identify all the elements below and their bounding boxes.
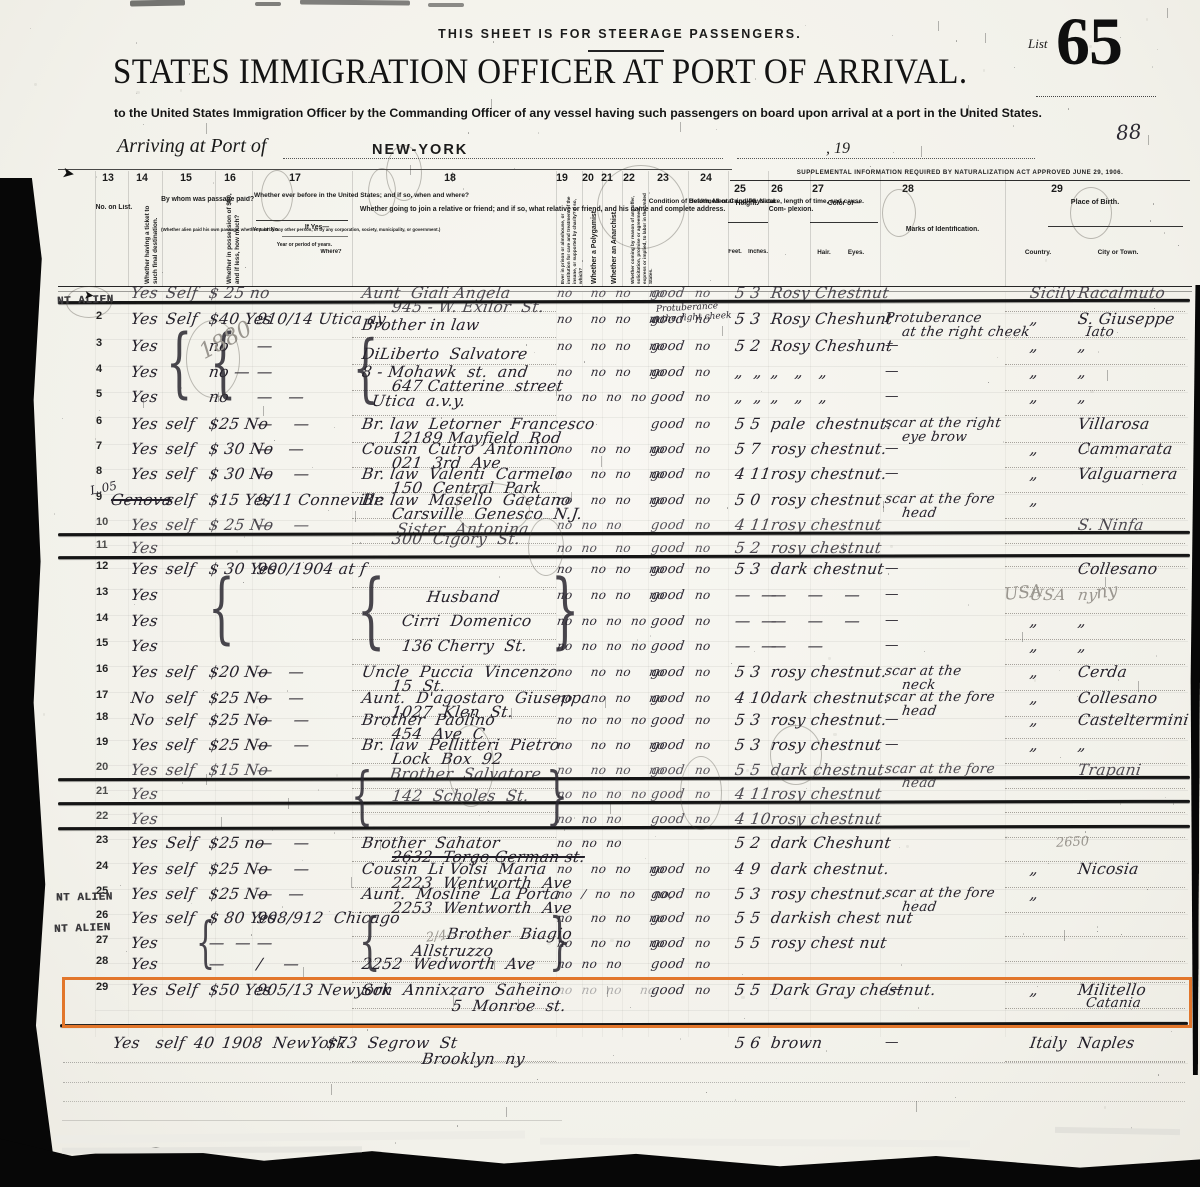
cell-c29a: „ [1029,711,1040,729]
cell-c29b: Collesano [1077,560,1159,578]
hand-brace: } [546,764,568,827]
cell-c29b: Nicosia [1077,860,1140,878]
pencil-circle-mark [770,725,822,785]
cell-no: 28 [96,955,108,967]
cell-c29b: Casteltermini [1077,711,1190,729]
cell-c15: self [165,415,197,433]
row-leader [352,1061,556,1062]
cell-c24: no [694,665,712,679]
hand-brace: { [351,764,373,827]
handwritten-annotation: USA [1003,583,1043,604]
cell-c16: $ 25 no [208,284,271,302]
cell-c25: 5 2 [734,337,762,355]
hand-brace: } [549,910,571,972]
cell-c13: Yes [130,736,159,754]
cell-c2627: rosy chestnut. [770,885,888,903]
cell-c23: good [650,763,686,778]
cell-no: 10 [96,516,108,528]
cell-c29b: „ [1077,637,1088,655]
cell-no: 17 [96,689,108,701]
cell-c13: Yes [130,785,159,803]
cell-c24: no [694,639,712,653]
cell-c15: self [165,465,197,483]
cell-c23: good [650,541,686,556]
cell-c13: Yes [130,934,159,952]
row-leader [1005,1061,1185,1062]
cell-c2627: — — — [770,612,862,630]
cell-c23: good [650,936,686,951]
cell-c1922: no no no [556,541,632,555]
cell-c25: 5 2 [734,834,762,852]
cell-c23: good [650,812,686,827]
hand-brace: { [208,570,235,647]
cell-c29b: „ [1077,612,1088,630]
cell-c25: 5 5 [734,909,762,927]
column-guide [810,171,811,287]
cell-c15: self [165,909,197,927]
cell-c13: Yes [130,337,159,355]
cell-c24: no [694,442,712,456]
cell-c15: self [165,736,197,754]
cell-c2627: dark chestnut. [770,689,891,707]
cell-c29b: „ [1077,363,1088,381]
pencil-circle-mark [456,483,530,535]
cell-c15: Self [165,284,199,302]
cell-c13: Yes [130,586,159,604]
cell-c24: no [694,417,712,431]
column-guide [688,171,689,287]
cell-c24: no [694,911,712,925]
cell-c17: — — [256,860,311,878]
cell-c1922: no no no [556,836,623,850]
hand-brace: { [353,331,379,405]
pencil-circle-mark [1070,187,1112,239]
cell-c23: good [650,286,686,301]
cell-c28a: — [884,388,900,404]
cell-c25: 5 7 [734,440,762,458]
cell-c13: Yes [130,388,159,406]
cell-c13: Yes [130,539,159,557]
cell-c25: 5 3 [734,560,762,578]
cell-c29a: „ [1029,689,1040,707]
cell-c25: 4 9 [734,860,762,878]
cell-no: 16 [96,663,108,675]
cell-c17: — [256,363,274,381]
cell-no: 3 [96,337,102,349]
cell-c13: No [130,689,156,707]
cell-c2627: rosy chestnut [770,491,883,509]
cell-c13: Yes [130,637,159,655]
cell-c17: — — [256,885,306,903]
column-guide [215,171,216,287]
cell-c13: Genova [110,491,173,509]
cell-c13: Yes [130,834,159,852]
cell-c15: self [165,885,197,903]
nt-alien-stamp: NT ALIEN [56,893,113,905]
cell-c23: good [650,518,686,533]
cell-c13: Yes [130,415,159,433]
cell-c28a: scar at the fore [884,761,996,777]
cell-c23: good [650,665,686,680]
cell-c25: 5 6 [734,1034,762,1052]
cell-c13: Yes [130,663,159,681]
cell-c1922: no no no no [556,713,648,727]
cell-c15: self [165,560,197,578]
cell-c17: — [256,761,274,779]
cell-no: 6 [96,415,102,427]
cell-c16: 40 [193,1034,216,1052]
cell-c29a: „ [1029,637,1040,655]
cell-c29b: „ [1077,736,1088,754]
column-guide [768,171,769,287]
cell-c15: self [165,440,197,458]
cell-no: 24 [96,860,108,872]
cell-c13: Yes [130,612,159,630]
cell-c13: Yes [130,310,159,328]
cell-no: 14 [96,612,108,624]
cell-c23: good [650,493,686,508]
cell-c24: no [694,936,712,950]
cell-c23: good [650,639,686,654]
pencil-circle-mark [261,170,293,222]
cell-c28a: scar at the fore [884,491,996,507]
cell-c24: no [694,467,712,481]
cell-c13: Yes [130,284,159,302]
cell-c13: Yes [130,560,159,578]
cell-c23: good [650,588,686,603]
cell-c25: 5 5 [734,934,762,952]
cell-c28a: — [884,637,900,653]
cell-c18a: Uncle Puccia Vincenzo [361,663,559,681]
column-guide [1005,171,1006,287]
cell-no: 27 [96,934,108,946]
cell-c23: good [650,562,686,577]
cell-c29a: „ [1029,612,1040,630]
column-guide [252,171,253,287]
cell-c25: 5 5 [734,415,762,433]
pencil-circle-mark [186,320,240,398]
cell-c29a: „ [1029,465,1040,483]
highlight-box [62,977,1192,1028]
hand-brace: { [196,915,215,970]
cell-c23: good [650,713,686,728]
cell-c29a: „ [1029,363,1040,381]
pencil-circle-mark [680,756,722,830]
cell-c23: good [650,417,686,432]
cell-c17: — — [256,834,311,852]
cell-c17: — [256,337,274,355]
cell-c25: 4 10 [734,689,772,707]
cell-c17: — — [256,415,311,433]
cell-c25: 5 3 [734,885,762,903]
cell-c18a: Utica a.v.y. [371,392,467,410]
handwritten-annotation: ny [1095,582,1119,603]
cell-c23: good [650,691,686,706]
cell-c25: 5 3 [734,310,762,328]
cell-c25: „ „ [734,363,764,381]
cell-c17: — — [256,516,311,534]
cell-c23: good [650,339,686,354]
cell-c29b: „ [1077,388,1088,406]
cell-c24: no [694,562,712,576]
column-guide [880,171,881,287]
cell-c13: Yes [130,810,159,828]
cell-no: 26 [96,909,108,921]
column-guide [128,171,129,287]
cell-no: 11 [96,539,108,551]
cell-c1922: no no no no [556,787,648,801]
cell-c24: no [694,493,712,507]
cell-c18a: DiLiberto Salvatore [361,345,529,363]
cell-c28a: — [884,440,900,456]
cell-c2627: dark chestnut. [770,860,891,878]
cell-c24: no [694,286,712,300]
cell-no: 22 [96,810,108,822]
cell-c28a: — [884,711,900,727]
pencil-circle-mark [882,189,916,237]
cell-c13: Yes [130,955,159,973]
cell-no: 18 [96,711,108,723]
cell-c13: Yes [130,909,159,927]
cell-c28a: — [884,612,900,628]
cell-c15: self [165,491,197,509]
cell-c29b: Valguarnera [1077,465,1179,483]
cell-c28a: — [884,1034,900,1050]
cell-c2627: „ „ „ [770,388,829,406]
cell-no: 8 [96,465,102,477]
cell-c28a: — [884,736,900,752]
cell-c29a: „ [1029,736,1040,754]
cell-c29a: „ [1029,440,1040,458]
cell-no: 21 [96,785,108,797]
cell-c25: „ „ [734,388,764,406]
cell-c29a: „ [1029,663,1040,681]
cell-c28a: — [884,363,900,379]
pencil-circle-mark [528,518,564,576]
cell-c13: No [130,711,156,729]
cell-c29a: „ [1029,310,1040,328]
cell-c23: good [650,365,686,380]
cell-c18a: 136 Cherry St. [401,637,529,655]
scanned-manifest-page: { "page": { "banner": "THIS SHEET IS FOR… [0,0,1200,1187]
cell-c29b: Villarosa [1077,415,1151,433]
cell-c24: no [694,390,712,404]
pencil-circle-mark [448,725,494,807]
cell-no: 15 [96,637,108,649]
cell-c15: Self [165,834,199,852]
cell-c25: 4 11 [734,465,772,483]
cell-c24: no [694,887,712,901]
cell-no: 19 [96,736,108,748]
cell-c28a: scar at the fore [884,689,996,705]
cell-c28a: scar at the fore [884,885,996,901]
cell-c2627: rosy chestnut. [770,663,888,681]
cell-c23: good [650,467,686,482]
cell-c15: self [165,663,197,681]
pencil-circle-mark [368,168,396,216]
scan-smudge-2 [255,2,281,6]
cell-c24: no [694,614,712,628]
cell-c15: self [165,711,197,729]
cell-no: 13 [96,586,108,598]
cell-c2627: darkish chest nut [770,909,915,927]
cell-c23: good [650,957,686,972]
cell-c2627: pale chestnut. [770,415,893,433]
cell-c2627: Rosy Cheshunt [770,337,894,355]
row-rule [95,1063,1188,1064]
cell-c25: 5 3 [734,663,762,681]
cell-c23: good [650,614,686,629]
cell-c18a: 2252 Wedworth Ave [361,955,537,973]
handwritten-annotation: 2/4- [425,928,452,944]
cell-c2627: — — — [770,586,862,604]
cell-c24: no [694,862,712,876]
cell-c13: Yes [130,516,159,534]
cell-c15: self [165,516,197,534]
cell-no: 4 [96,363,102,375]
cell-c24: no [694,957,712,971]
cell-c18a: Cirri Domenico [401,612,533,630]
cell-c13: Yes [130,761,159,779]
cell-c23: good [650,390,686,405]
cell-c29b: Cerda [1077,663,1129,681]
cell-c18a: Husband [426,588,501,606]
cell-c29a: „ [1029,337,1040,355]
cell-c24: no [694,339,712,353]
cell-c17: / — [256,955,301,973]
cell-c24: no [694,365,712,379]
hand-brace: { [359,910,381,972]
cell-no: 23 [96,834,108,846]
cell-c2627: brown [770,1034,824,1052]
cell-c23: good [650,442,686,457]
cell-c15: self [165,860,197,878]
cell-c15: self [165,761,197,779]
cell-c2627: rosy chestnut. [770,465,888,483]
pencil-circle-mark [66,286,112,318]
cell-c24: no [694,588,712,602]
scan-smudge-4 [428,3,464,7]
cell-c29a: „ [1029,885,1040,903]
column-guide [162,171,163,287]
cell-c29b: Collesano [1077,689,1159,707]
cell-c23: good [650,862,686,877]
cell-no: 5 [96,388,102,400]
cell-c1922: no no no no [556,390,648,404]
cell-c13: Yes [130,440,159,458]
cell-c2627: „ „ „ [770,363,829,381]
cell-c18b: Brooklyn ny [421,1050,526,1068]
cell-c28a: — [884,337,900,353]
handwritten-annotation: 88 [1115,121,1142,143]
cell-c18a: Brother in law [361,316,481,334]
cell-c15: self [155,1034,187,1052]
cell-c15: self [165,689,197,707]
cell-c25: 5 3 [734,736,762,754]
cell-c17: — — [256,465,311,483]
cell-c17: — [256,934,274,952]
cell-c24: no [694,713,712,727]
hand-brace: } [551,570,580,652]
pencil-circle-mark [597,165,685,249]
cell-c29a: Italy [1029,1034,1068,1052]
cell-c13: Yes [130,885,159,903]
cell-c13: Yes [130,860,159,878]
cell-c2627: rosy chestnut. [770,440,888,458]
cell-c1922: no no no [556,518,623,532]
table-body: YesSelf$ 25 noAunt Giali Angela945 - W. … [0,0,1200,1187]
cell-c24: no [694,518,712,532]
column-guide [728,171,729,287]
cell-c17: — — [256,440,306,458]
cell-c29b: „ [1077,337,1088,355]
cell-c17: — — [256,689,306,707]
cell-c13: Yes [112,1034,141,1052]
cell-c17: 900/1904 at f [256,560,368,578]
cell-c23: good [650,911,686,926]
cell-c13: Yes [130,363,159,381]
cell-c17: — — [256,711,311,729]
handwritten-annotation: 2650 [1056,835,1090,850]
cell-c2627: Rosy Cheshunt [770,310,894,328]
cell-c29b: Cammarata [1077,440,1174,458]
column-guide [556,171,557,287]
column-guide [95,171,96,287]
manifest-paper: THIS SHEET IS FOR STEERAGE PASSENGERS. S… [0,0,1200,1187]
cell-c17: — — [256,736,311,754]
cell-c29a: „ [1029,491,1040,509]
cell-c25: 5 3 [734,711,762,729]
cell-c29a: „ [1029,860,1040,878]
column-guide [352,171,353,287]
cell-no: 12 [96,560,108,572]
cell-c17: — — [256,388,306,406]
nt-alien-stamp: NT ALIEN [54,923,111,936]
cell-c13: Yes [130,465,159,483]
cell-no: 20 [96,761,108,773]
cell-c23: good [650,887,686,902]
cell-c23: good [650,738,686,753]
cell-c2627: dark chestnut [770,560,886,578]
cell-c2627: rosy chest nut [770,934,888,952]
cell-c28a: — [884,465,900,481]
cell-c28a: — [884,586,900,602]
hand-brace: { [357,570,386,652]
cell-c2627: — — [770,637,825,655]
handwritten-annotation: ➤ [61,165,76,182]
cell-c29b: Naples [1077,1034,1136,1052]
cell-no: 7 [96,440,102,452]
cell-c2627: dark Cheshunt [770,834,892,852]
cell-c24: no [694,691,712,705]
scan-smudge-1 [130,0,185,6]
cell-c24: no [694,541,712,555]
column-guide [582,171,583,287]
cell-c24: no [694,738,712,752]
cell-c28a: — [884,560,900,576]
cell-c29a: „ [1029,388,1040,406]
cell-c25: 5 0 [734,491,762,509]
cell-c17: — — [256,663,306,681]
